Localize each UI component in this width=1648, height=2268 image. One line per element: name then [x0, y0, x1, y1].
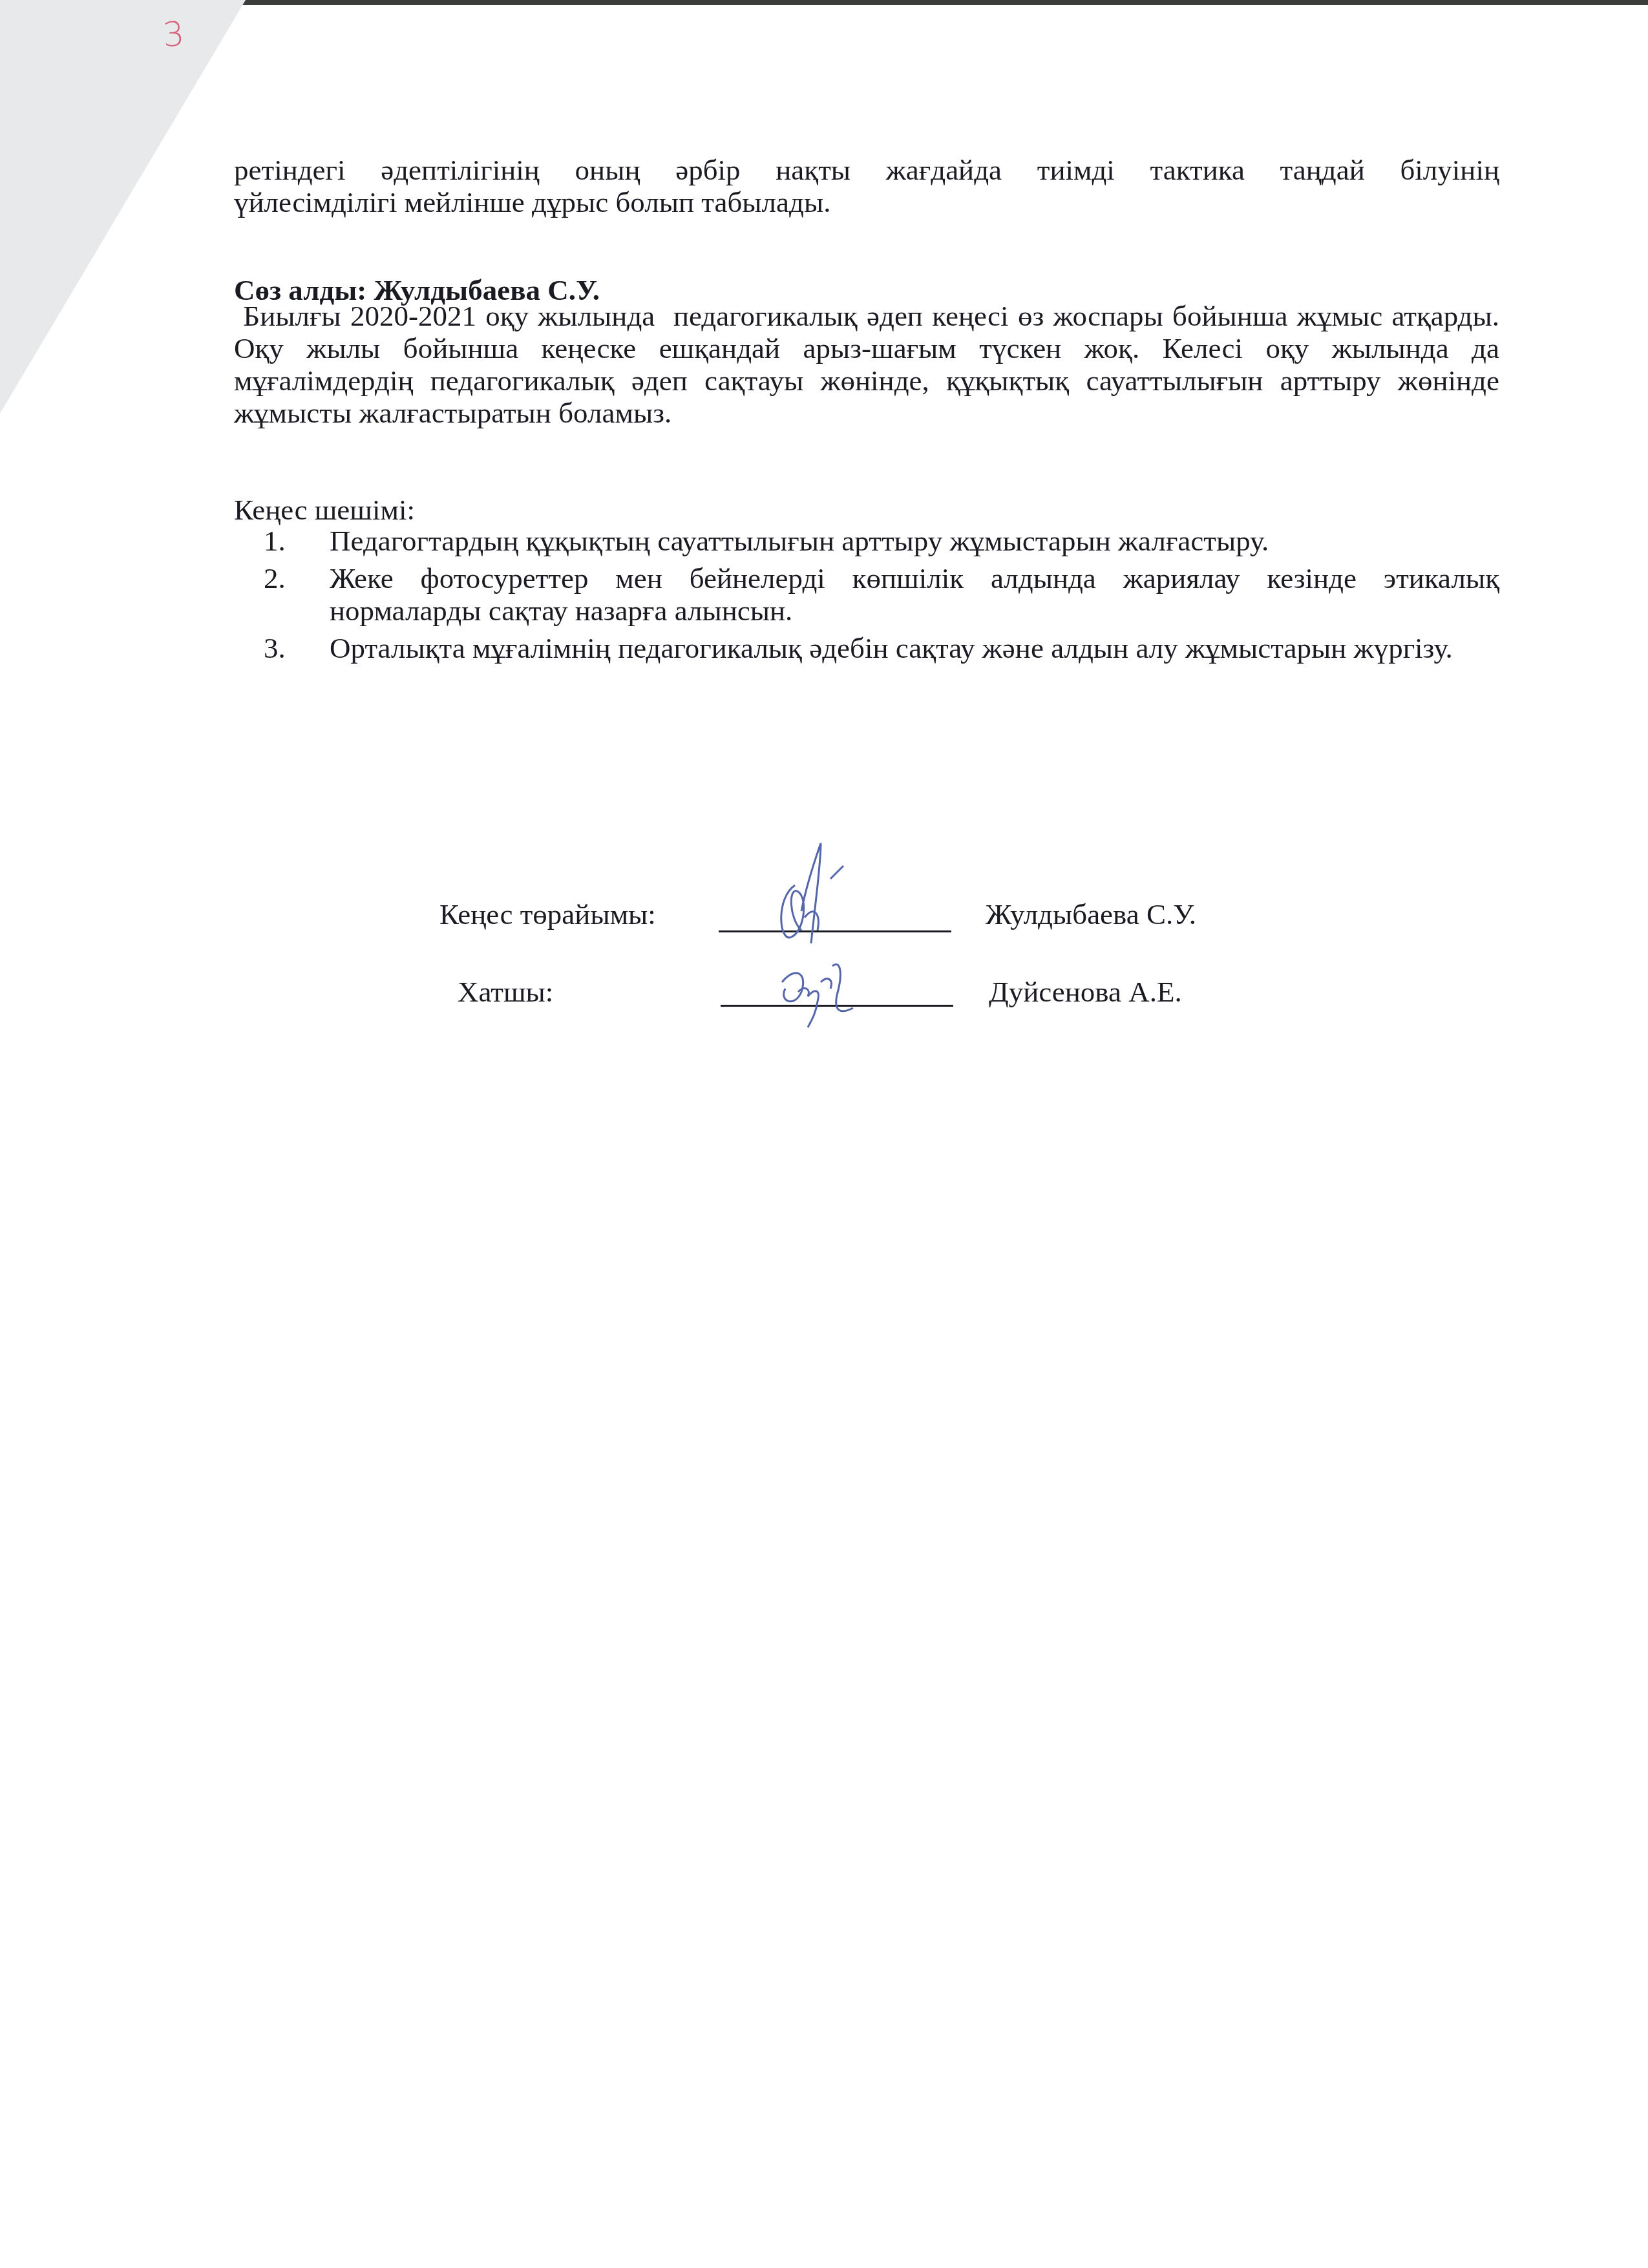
- decision-item: 1. Педагогтардың құқықтың сауаттылығын а…: [234, 525, 1499, 557]
- decision-title: Кеңес шешімі:: [234, 494, 1499, 526]
- decision-item-number: 2.: [234, 562, 330, 627]
- decision-item-text: Педагогтардың құқықтың сауаттылығын артт…: [330, 525, 1499, 557]
- handwritten-signature-icon: [769, 840, 853, 963]
- decision-item-text: Жеке фотосуреттер мен бейнелерді көпшілі…: [330, 562, 1499, 627]
- signer-name-chair: Жулдыбаева С.У.: [986, 898, 1196, 930]
- intro-line-2: үйлесімділігі мейлінше дұрыс болып табыл…: [234, 186, 1499, 218]
- folded-corner: [0, 0, 246, 414]
- decision-item-text: Орталықта мұғалімнің педагогикалық әдебі…: [330, 632, 1499, 664]
- handwritten-page-number: 3: [162, 15, 185, 55]
- handwritten-signature-icon: [776, 956, 860, 1034]
- signer-name-secretary: Дуйсенова А.Е.: [989, 976, 1182, 1008]
- decision-list: 1. Педагогтардың құқықтың сауаттылығын а…: [234, 525, 1499, 669]
- decision-item: 2. Жеке фотосуреттер мен бейнелерді көпш…: [234, 562, 1499, 627]
- role-label-secretary: Хатшы:: [458, 976, 553, 1008]
- intro-line-1: ретіндегі әдептілігінің оның әрбір нақты…: [234, 154, 1499, 186]
- decision-item-number: 3.: [234, 632, 330, 664]
- scan-top-edge: [0, 0, 1648, 5]
- role-label-chair: Кеңес төрайымы:: [439, 898, 656, 930]
- speech-body: Биылғы 2020-2021 оқу жылында педагогикал…: [234, 300, 1499, 429]
- decision-item: 3. Орталықта мұғалімнің педагогикалық әд…: [234, 632, 1499, 664]
- decision-item-number: 1.: [234, 525, 330, 557]
